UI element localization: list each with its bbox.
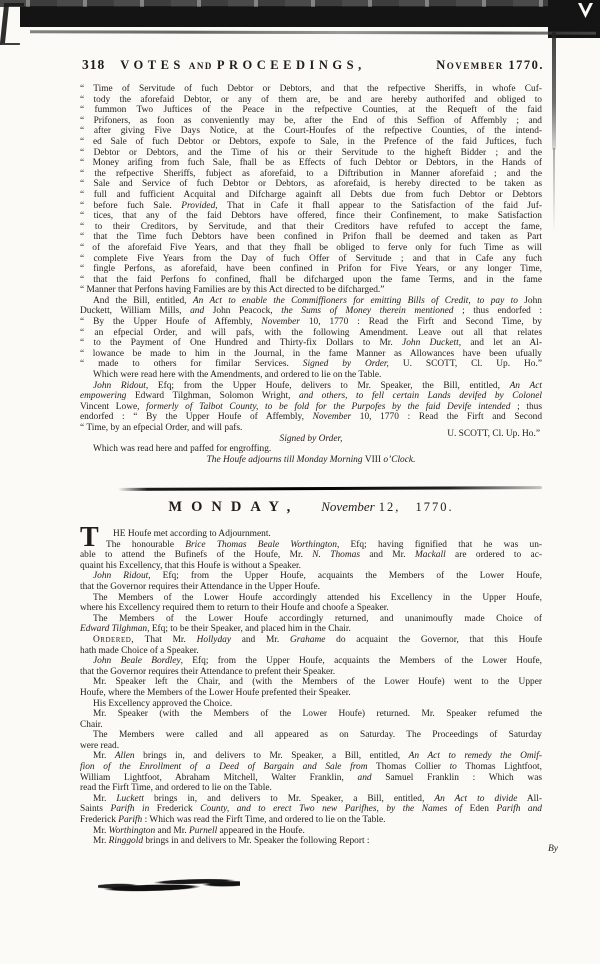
text-segment: “ complete Five Years from the Day of fu… [80, 254, 542, 264]
text-segment: “ tody the aforefaid Debtor, or any of t… [80, 95, 542, 105]
text-line: empowering Edward Tilghman, Solomon Wrig… [80, 391, 542, 402]
text-segment: “ By the Upper Houfe of Affembly, [80, 317, 261, 327]
section-divider-rule [118, 486, 542, 490]
text-line: Mr. Allen brings in, and delivers to Mr.… [80, 751, 542, 762]
text-segment: fion of the Enrollment of a Deed of Barg… [80, 762, 368, 772]
text-segment: “ Time of Servitude of fuch Debtor or De… [80, 84, 542, 94]
text-segment: and Mr. [360, 550, 415, 560]
text-segment: “ fingle Perfons, as aforefaid, have bee… [80, 264, 542, 274]
text-segment: “ an efpecial Order, and will pafs, with… [80, 328, 542, 338]
text-segment: able to attend the Bufinefs of the Houfe… [80, 550, 312, 560]
scan-right-streak-faint [553, 148, 555, 233]
text-segment: Mr. [93, 836, 109, 846]
text-segment: John [518, 296, 542, 306]
text-line: John Ridout, Efq; from the Upper Houfe, … [80, 381, 542, 392]
scan-corner-bracket [0, 3, 24, 45]
text-segment: the Sums of Money therein mentioned [281, 306, 453, 316]
text-segment: that the Governor requires their Attenda… [80, 667, 335, 677]
text-line: “ full and fufficient Acquital and Difch… [80, 190, 542, 201]
text-line: Mr. Ringgold brings in and delivers to M… [80, 836, 542, 847]
text-line: “ fummon Two Juftices of the Peace in th… [80, 105, 542, 116]
text-segment: Parifh and [496, 804, 542, 814]
text-line: “ complete Five Years from the Day of fu… [80, 254, 542, 265]
text-line: Mr. Speaker (with the Members of the Low… [80, 709, 542, 720]
text-segment: The Members were called and all appeared… [93, 730, 542, 740]
text-segment: “ full and fufficient Acquital and Difch… [80, 190, 542, 200]
text-segment: An Act [510, 381, 542, 391]
text-line: “ Sale and Service of fuch Debtor or Deb… [80, 179, 542, 190]
monday-heading-date: 12, 1770. [379, 500, 454, 514]
text-segment: , Efq; to be their Speaker, and placed h… [147, 624, 351, 634]
text-segment: and Mr. [155, 826, 189, 836]
text-segment: Signed by Order, [303, 359, 389, 369]
text-segment: were read. [80, 741, 119, 751]
text-line: And the Bill, entitled, An Act to enable… [80, 296, 542, 307]
text-segment: “ tices, that any of the faid Debtors ha… [80, 211, 542, 221]
text-segment: “ before fuch Sale. [80, 201, 181, 211]
text-line: hath made Choice of a Speaker. [80, 646, 542, 657]
text-line: “ an efpecial Order, and will pafs, with… [80, 328, 542, 339]
text-line: that the Governor requires their Attenda… [80, 667, 542, 678]
text-segment: “ after giving Five Days Notice, at the … [80, 126, 542, 136]
text-line: “ fingle Perfons, as aforefaid, have bee… [80, 264, 542, 275]
text-line: read the Firft Time, and ordered to lie … [80, 783, 542, 794]
text-segment: John Beale Bordley [93, 656, 181, 666]
text-segment: “ to their Creditors, by Servitude, and … [80, 222, 542, 232]
text-line: were read. [80, 741, 542, 752]
text-segment: to [450, 762, 457, 772]
text-line: “ ed Sale of fuch Debtor or Debtors, exp… [80, 137, 542, 148]
text-segment: County, and to erect Two new Parifhes, b… [200, 804, 462, 814]
monday-proceedings-text: T HE Houfe met according to Adjournment.… [80, 529, 542, 847]
scanned-document-page: 318 VOTES and PROCEEDINGS, November 1770… [0, 0, 600, 964]
text-line: Mr. Speaker left the Chair, and (with th… [80, 677, 542, 688]
text-segment: brings in, and delivers to Mr. Speaker, … [135, 751, 409, 761]
text-segment: , Efq; from the Upper Houfe, delivers to… [146, 381, 510, 391]
text-segment: Mr. [93, 751, 115, 761]
text-segment: formerly of Talbot County, to be fold fo… [146, 402, 510, 412]
text-segment: Edward Tilghman, Solomon Wright, [126, 391, 299, 401]
text-line: Which was read here and paffed for engro… [80, 444, 542, 455]
text-line: Edward Tilghman, Efq; to be their Speake… [80, 624, 542, 635]
text-segment: November [313, 412, 352, 422]
text-line: The Houfe adjourns till Monday Morning V… [80, 455, 542, 466]
text-segment: John Duckett [402, 338, 459, 348]
text-segment: , and let an Al- [459, 338, 542, 348]
text-segment: Mr. [93, 826, 109, 836]
text-line: “ tody the aforefaid Debtor, or any of t… [80, 95, 542, 106]
text-line: “ tices, that any of the faid Debtors ha… [80, 211, 542, 222]
text-line: Saints Parifh in Frederick County, and t… [80, 804, 542, 815]
text-segment: Purnell [189, 826, 217, 836]
text-line: “ of the aforefaid Five Years, and that … [80, 243, 542, 254]
text-segment: Signed by Order, [280, 434, 343, 444]
text-line: “ before fuch Sale. Provided, That in Ca… [80, 201, 542, 212]
text-segment: Thomas Collier [368, 762, 450, 772]
text-segment: That Mr. [134, 635, 196, 645]
text-line: “ to the Payment of One Hundred and Thir… [80, 338, 542, 349]
text-segment: The Houfe adjourns till Monday Morning [207, 455, 365, 465]
text-segment: “ of the aforefaid Five Years, and that … [80, 243, 542, 253]
text-segment: VIII [365, 455, 381, 465]
text-line: Which were read here with the Amendments… [80, 370, 542, 381]
text-segment: Which was read here and paffed for engro… [93, 444, 271, 454]
text-line: Vincent Lowe, formerly of Talbot County,… [80, 402, 542, 413]
text-segment: Chair. [80, 720, 103, 730]
text-segment: Provided, [181, 201, 217, 211]
text-segment: that the Governor requires their Attenda… [80, 582, 320, 592]
scan-edge-speckle [0, 0, 600, 7]
text-segment: quaint his Excellency, that this Houfe i… [80, 561, 301, 571]
text-line: The Members of the Lower Houfe according… [80, 593, 542, 604]
text-segment: Ringgold [109, 836, 143, 846]
text-line: “ to their Creditors, by Servitude, and … [80, 222, 542, 233]
text-line: “ Money arifing from fuch Sale, fhall be… [80, 158, 542, 169]
text-segment: The Members of the Lower Houfe according… [93, 614, 542, 624]
page-number: 318 [82, 57, 105, 73]
text-segment: , Efq; from the Upper Houfe, acquaints t… [181, 656, 542, 666]
text-segment: “ that the faid Perfons fo confined, fha… [80, 275, 542, 285]
header-title-proceedings: PROCEEDINGS, [217, 58, 366, 73]
text-line: Chair. [80, 720, 542, 731]
text-segment: Parifh [118, 815, 142, 825]
header-date: November 1770. [436, 58, 544, 73]
text-segment: brings in and delivers to Mr. Speaker th… [143, 836, 370, 846]
catchword: By [548, 844, 558, 854]
text-segment: Frederick [80, 815, 118, 825]
text-segment: Duckett, William Mills, [80, 306, 190, 316]
text-segment: are ordered to ac- [446, 550, 542, 560]
text-line: where his Excellency required them to re… [80, 603, 542, 614]
monday-heading-month: November [321, 499, 374, 514]
scan-edge-band [20, 6, 600, 27]
text-line: “ By the Upper Houfe of Affembly, Novemb… [80, 317, 542, 328]
text-line: Houfe, where the Members of the Lower Ho… [80, 688, 542, 699]
text-segment: ; thus [510, 402, 542, 412]
text-segment: William Lightfoot, Abraham Mitchell, Wal… [80, 773, 358, 783]
text-line: “ Manner that Perfons having Families ar… [80, 285, 542, 296]
text-segment: empowering [80, 391, 126, 401]
text-line: “ lowance be made to him in the Journal,… [80, 349, 542, 360]
text-segment: Samuel Franklin : Which was [372, 773, 542, 783]
text-line: William Lightfoot, Abraham Mitchell, Wal… [80, 773, 542, 784]
text-segment: Edward Tilghman [80, 624, 147, 634]
monday-heading-day: MONDAY, [168, 499, 299, 515]
text-segment: read the Firft Time, and ordered to lie … [80, 783, 272, 793]
text-line: Ordered, That Mr. Hollyday and Mr. Graha… [80, 635, 542, 646]
text-segment: An Act to remedy the Omif- [409, 751, 542, 761]
text-segment: “ lowance be made to him in the Journal,… [80, 349, 542, 359]
text-segment: “ Time, by an efpecial Order, and will p… [80, 423, 242, 433]
text-segment: Hollyday [197, 635, 231, 645]
text-segment: hath made Choice of a Speaker. [80, 646, 199, 656]
monday-section-heading: MONDAY, November 12, 1770. [80, 498, 542, 516]
text-segment: Allen [115, 751, 135, 761]
text-segment: Ordered, [93, 635, 134, 645]
text-segment: U. SCOTT, Cl. Up. Ho.” [389, 359, 542, 369]
text-segment: November [261, 317, 300, 327]
text-line: John Beale Bordley, Efq; from the Upper … [80, 656, 542, 667]
text-line: Duckett, William Mills, and John Peacock… [80, 306, 542, 317]
text-line: Signed by Order,U. SCOTT, Cl. Up. Ho.” [80, 434, 542, 445]
text-segment: Mackall [415, 550, 446, 560]
text-segment: Mr. Speaker (with the Members of the Low… [93, 709, 542, 719]
text-line: Mr. Worthington and Mr. Purnell appeared… [80, 826, 542, 837]
text-line: John Ridout, Efq; from the Upper Houfe, … [80, 571, 542, 582]
text-segment: “ Money arifing from fuch Sale, fhall be… [80, 158, 542, 168]
text-line: “ made to others for fimilar Services. S… [80, 359, 542, 370]
text-segment: “ made to others for fimilar Services. [80, 359, 303, 369]
text-segment: Luckett [116, 794, 144, 804]
text-segment: : Which was read the Firft Time, and ord… [142, 815, 385, 825]
text-segment: John Ridout [93, 381, 146, 391]
text-segment: Brice Thomas Beale Worthington [185, 540, 337, 550]
text-segment: And the Bill, entitled, [93, 296, 193, 306]
text-segment: N. Thomas [312, 550, 360, 560]
text-line: “ after giving Five Days Notice, at the … [80, 126, 542, 137]
scan-notch-mark [578, 3, 593, 18]
text-line: “ the refpective Sheriffs, fubject as af… [80, 169, 542, 180]
text-segment: His Excellency approved the Choice. [93, 699, 232, 709]
text-segment: Which were read here with the Amendments… [93, 370, 381, 380]
text-segment: and [358, 773, 372, 783]
text-segment: Worthington [109, 826, 156, 836]
text-line: HE Houfe met according to Adjournment. [80, 529, 542, 540]
text-segment: , Efq; from the Upper Houfe, acquaints t… [148, 571, 542, 581]
text-segment: 10, 1770 : Read the Firft and Second Tim… [300, 317, 542, 327]
text-segment: Saints [80, 804, 110, 814]
text-segment: appeared in the Houfe. [217, 826, 305, 836]
text-segment: Parifh in [110, 804, 149, 814]
text-segment: The Members of the Lower Houfe according… [93, 593, 542, 603]
text-segment: ; thus endorfed : [453, 306, 542, 316]
text-line: that the Governor requires their Attenda… [80, 582, 542, 593]
text-segment: do acquaint the Governor, that this Houf… [325, 635, 542, 645]
text-segment: Mr. Speaker left the Chair, and (with th… [93, 677, 542, 687]
scan-fold-line [30, 30, 596, 34]
text-segment: and [190, 306, 204, 316]
text-line: “ that the Time fuch Debtors have been c… [80, 232, 542, 243]
text-line: quaint his Excellency, that this Houfe i… [80, 561, 542, 572]
text-segment: “ Debtor or Debtors, and the Time of his… [80, 148, 542, 158]
text-segment: o’Clock. [381, 455, 415, 465]
text-segment: Grahame [290, 635, 325, 645]
text-segment: An Act to enable the Commiffioners for e… [193, 296, 518, 306]
scan-right-streak [552, 32, 556, 150]
text-line: The honourable Brice Thomas Beale Worthi… [80, 540, 542, 551]
text-segment: brings in, and delivers to Mr. Speaker, … [144, 794, 434, 804]
text-segment: “ ed Sale of fuch Debtor or Debtors, exp… [80, 137, 542, 147]
text-line: The Members were called and all appeared… [80, 730, 542, 741]
text-line: The Members of the Lower Houfe according… [80, 614, 542, 625]
text-segment: John Ridout [93, 571, 148, 581]
text-line: fion of the Enrollment of a Deed of Barg… [80, 762, 542, 773]
text-segment: where his Excellency required them to re… [80, 603, 389, 613]
text-segment: “ that the Time fuch Debtors have been c… [80, 232, 542, 242]
text-segment: and others, to fell certain Lands devife… [299, 391, 542, 401]
text-segment: All- [517, 794, 542, 804]
text-segment: “ Prifoners, as foon as conveniently may… [80, 116, 542, 126]
text-line: endorfed : “ By the Upper Houfe of Affem… [80, 412, 542, 423]
text-segment: Eden [462, 804, 496, 814]
text-segment: Thomas Lightfoot, [457, 762, 542, 772]
text-segment: 10, 1770 : Read the Firft and Second [351, 412, 542, 422]
text-line: Mr. Luckett brings in, and delivers to M… [80, 794, 542, 805]
text-segment: John Peacock, [204, 306, 281, 316]
text-segment: “ Sale and Service of fuch Debtor or Deb… [80, 179, 542, 189]
text-segment: “ fummon Two Juftices of the Peace in th… [80, 105, 542, 115]
text-segment: “ the refpective Sheriffs, fubject as af… [80, 169, 542, 179]
drop-cap: T [80, 526, 99, 550]
text-segment: “ Manner that Perfons having Families ar… [80, 285, 384, 295]
header-title-votes: VOTES [120, 58, 185, 73]
saturday-proceedings-text: “ Time of Servitude of fuch Debtor or De… [80, 84, 542, 465]
text-segment: Mr. [93, 794, 116, 804]
text-line: Frederick Parifh : Which was read the Fi… [80, 815, 542, 826]
text-line: “ Debtor or Debtors, and the Time of his… [80, 148, 542, 159]
text-line: able to attend the Bufinefs of the Houfe… [80, 550, 542, 561]
text-line: His Excellency approved the Choice. [80, 699, 542, 710]
text-segment: That in Cafe it fhall appear to the Sati… [218, 201, 542, 211]
text-segment: The honourable [106, 540, 185, 550]
text-line: “ that the faid Perfons fo confined, fha… [80, 275, 542, 286]
text-segment: HE Houfe met according to Adjournment. [113, 529, 271, 539]
text-line: “ Time of Servitude of fuch Debtor or De… [80, 84, 542, 95]
text-segment: Vincent Lowe, [80, 402, 146, 412]
text-segment: Frederick [149, 804, 200, 814]
header-title-and: and [189, 61, 213, 71]
text-segment: An Act to divide [434, 794, 517, 804]
text-segment: Houfe, where the Members of the Lower Ho… [80, 688, 351, 698]
text-line: “ Prifoners, as foon as conveniently may… [80, 116, 542, 127]
text-segment: , Efq; having fignified that he was un- [337, 540, 542, 550]
text-segment: and Mr. [231, 635, 290, 645]
page-header: 318 VOTES and PROCEEDINGS, November 1770… [82, 57, 544, 73]
text-segment: U. SCOTT, Cl. Up. Ho.” [447, 429, 540, 440]
text-segment: endorfed : “ By the Upper Houfe of Affem… [80, 412, 313, 422]
ink-smudge [98, 873, 240, 897]
text-segment: “ to the Payment of One Hundred and Thir… [80, 338, 402, 348]
